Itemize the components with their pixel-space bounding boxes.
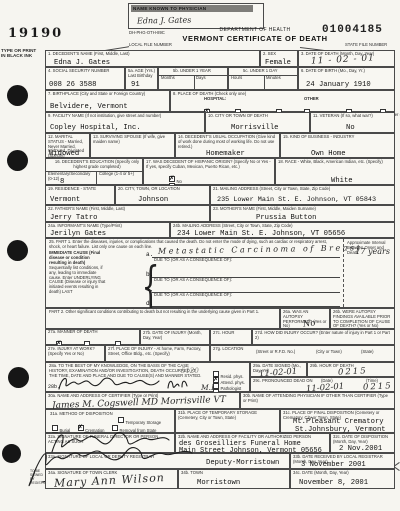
under-1-year-label: 5b. UNDER 1 YEAR (173, 69, 211, 74)
temporary-storage-place-label: 31b. PLACE OF TEMPORARY STORAGE (Cemeter… (178, 411, 276, 421)
hispanic-label: 17. WAS DECEDENT OF HISPANIC ORIGIN? (Sp… (146, 160, 272, 170)
name-known-value: Edna J. Gates (137, 16, 191, 26)
state-sublabel: (State) (361, 350, 374, 355)
field-place-of-death: 8. PLACE OF DEATH (Check only one) HOSPI… (170, 90, 395, 112)
field-surviving-spouse: 13. SURVIVING SPOUSE (If wife, give maid… (90, 133, 175, 158)
field-manner-of-death: 27a. MANNER OF DEATH Natural Accident Su… (45, 329, 140, 345)
certifier-signature (56, 375, 196, 393)
race-label: 18. RACE - White, Black, American Indian… (278, 160, 392, 165)
veteran-label: 11. VETERAN (If so, what war?) (313, 114, 373, 119)
field-decedent-name: 1. DECEDENT'S NAME (First, Middle, Last)… (45, 50, 260, 67)
hole-punch (7, 240, 28, 261)
industry-value: Own Home (311, 150, 346, 158)
field-mailing-address: 21. MAILING ADDRESS (Street, City or Tow… (210, 185, 395, 205)
field-city-of-death: 10. CITY OR TOWN OF DEATH Morrisville (205, 112, 310, 133)
hospital-heading: HOSPITAL: (204, 97, 226, 102)
field-industry: 15. KIND OF BUSINESS - INDUSTRY Own Home (280, 133, 395, 158)
field-education: 16. DECEDENT'S EDUCATION (Specify only h… (45, 158, 143, 185)
field-father-name: 22. FATHER'S NAME (First, Middle, Last) … (45, 205, 210, 222)
field-final-disposition: 31c. PLACE OF FINAL DISPOSITION (Cemeter… (280, 409, 395, 433)
city-of-death-label: 10. CITY OR TOWN OF DEATH (208, 114, 268, 119)
pronounced-dead-label: 29c. PRONOUNCED DEAD ON (253, 379, 313, 384)
field-town-clerk-signature: 34a. SIGNATURE OF TOWN CLERK Mary Ann Wi… (45, 469, 178, 489)
birthplace-label: 7. BIRTHPLACE (City and State or Foreign… (48, 92, 145, 97)
facility-value: Copley Hospital, Inc. (50, 124, 141, 132)
cause-interval-value: 17 years (355, 247, 390, 256)
ssn-label: 4. SOCIAL SECURITY NUMBER (48, 69, 109, 74)
cause-line-d (152, 292, 340, 307)
field-date-of-injury: 27b. DATE OF INJURY (Month, Day, Year) (140, 329, 210, 345)
residence-city-value: Johnson (138, 196, 168, 204)
age-label: 5a. AGE (Yrs.) Last Birthday (128, 69, 156, 79)
attending-physician-label: 30b. NAME OF ATTENDING PHYSICIAN IF OTHE… (243, 394, 391, 404)
mother-name-value: Prussia Button (256, 214, 316, 222)
field-injury-location: 27g. LOCATION (Street or R.F.D. No.) (Ci… (210, 345, 395, 362)
registrar-side-note: TO BE SIGNED BY REGISTRAR (30, 470, 44, 486)
race-value: White (331, 177, 353, 185)
field-attending-physician: 30b. NAME OF ATTENDING PHYSICIAN IF OTHE… (240, 392, 395, 409)
field-date-received: 33b. DATE RECEIVED BY LOCAL REGISTRAR (M… (290, 453, 395, 469)
autopsy-value: No (303, 318, 317, 329)
field-age: 5a. AGE (Yrs.) Last Birthday 91 (125, 67, 158, 90)
date-of-birth-value: 24 January 1910 (306, 81, 371, 89)
ssn-value: 008 26 3588 (49, 81, 96, 89)
marital-status-value: Widowed (49, 150, 79, 158)
state-file-number: 01004185 (322, 24, 383, 36)
cause-line-c (152, 278, 340, 293)
minutes-sublabel: Minutes (266, 76, 281, 81)
hole-punch (7, 85, 28, 106)
occupation-label: 14. DECEDENT'S USUAL OCCUPATION (Give ki… (178, 135, 278, 149)
informant-address-value: 234 Lower Main St. E. Johnson, VT 05656 (177, 230, 345, 238)
veteran-value: No (346, 124, 355, 132)
death-certificate-scan: NAME KNOWN TO PHYSICIAN Edna J. Gates DH… (0, 0, 400, 511)
field-residence-state: 19. RESIDENCE - STATE Vermont (45, 185, 115, 205)
other-heading: OTHER (304, 97, 319, 102)
occupation-value: Homemaker (206, 150, 245, 158)
field-hour-of-death: 29b. HOUR OF DEATH 0215 (307, 362, 395, 377)
hours-sublabel: Hours (231, 76, 242, 81)
hole-punch (7, 150, 28, 171)
registrar-date-value: November 8, 2001 (299, 479, 368, 487)
field-facility: 9. FACILITY NAME (If not institution, gi… (45, 112, 205, 133)
field-autopsy: 26a. WAS AN AUTOPSY PERFORMED? (Yes or N… (280, 308, 330, 329)
cause-line-b (152, 263, 340, 278)
date-of-disposition-label: 32c. DATE OF DISPOSITION (Month, Day, Ye… (333, 435, 391, 445)
field-place-of-injury: 27f. PLACE OF INJURY - At home, Farm, Fa… (105, 345, 210, 362)
industry-label: 15. KIND OF BUSINESS - INDUSTRY (283, 135, 354, 140)
months-sublabel: Months (161, 76, 175, 81)
state-file-number-label: STATE FILE NUMBER (345, 43, 387, 48)
field-how-injury: 27d. HOW DID INJURY OCCUR? (Enter nature… (252, 329, 395, 345)
field-race: 18. RACE - White, Black, American Indian… (275, 158, 395, 185)
field-hispanic-origin: 17. WAS DECEDENT OF HISPANIC ORIGIN? (Sp… (143, 158, 275, 185)
field-informant-name: 24a. INFORMANT'S NAME (Type/Print) Jeril… (45, 222, 170, 238)
mailing-address-value: 235 Lower Main St. E. Johnson, VT 05843 (217, 196, 376, 204)
sequential-label: Sequentially list conditions, if any, le… (49, 266, 107, 295)
date-of-death-value: 11 - 02 - 01 (311, 53, 375, 66)
city-sublabel: (City or Town) (316, 350, 342, 355)
field-autopsy-findings: 26b. WERE AUTOPSY FINDINGS AVAILABLE PRI… (330, 308, 395, 329)
pencil-note: 5120 (181, 367, 199, 375)
field-informant-address: 24b. MAILING ADDRESS (Street, City or To… (170, 222, 395, 238)
date-of-birth-label: 6. DATE OF BIRTH (Mo., Day, Yr.) (301, 69, 365, 74)
informant-name-label: 24a. INFORMANT'S NAME (Type/Print) (48, 224, 122, 229)
hole-punch (8, 367, 29, 388)
field-registrar-town: 34b. TOWN Morristown (178, 469, 290, 489)
deputy-title-value: Deputy-Morristown (206, 459, 279, 467)
days-sublabel: Days (196, 76, 206, 81)
name-known-box: NAME KNOWN TO PHYSICIAN Edna J. Gates (128, 3, 264, 29)
field-ssn: 4. SOCIAL SECURITY NUMBER 008 26 3588 (45, 67, 125, 90)
name-known-label: NAME KNOWN TO PHYSICIAN (131, 5, 253, 12)
date-of-disposition-value: 2 Nov.2001 (339, 445, 382, 453)
decedent-name-label: 1. DECEDENT'S NAME (First, Middle, Last) (48, 52, 130, 57)
field-occupation: 14. DECEDENT'S USUAL OCCUPATION (Give ki… (175, 133, 280, 158)
college-sublabel: College (1-4 or 5+) (99, 172, 141, 177)
residence-city-label: 20. CITY, TOWN, OR LOCATION (118, 187, 180, 192)
age-value: 91 (131, 81, 140, 89)
registrar-date-label: 34c. DATE (Month, Day, Year) (293, 471, 349, 476)
certification-block: 28a. TO THE BEST OF MY KNOWLEDGE, ON THE… (45, 362, 250, 392)
field-certifier-name: 30a. NAME AND ADDRESS OF CERTIFIER (Type… (45, 392, 240, 409)
department-title: DEPARTMENT OF HEALTH (200, 27, 310, 33)
informant-address-label: 24b. MAILING ADDRESS (Street, City or To… (173, 224, 293, 229)
field-birthplace: 7. BIRTHPLACE (City and State or Foreign… (45, 90, 170, 112)
field-date-of-disposition: 32c. DATE OF DISPOSITION (Month, Day, Ye… (330, 433, 395, 453)
sex-value: Female (265, 59, 291, 67)
father-name-label: 22. FATHER'S NAME (First, Middle, Last) (48, 207, 125, 212)
injury-location-label: 27g. LOCATION (213, 347, 243, 352)
type-print-note: TYPE OR PRINT IN BLACK INK (1, 48, 37, 59)
informant-name-value: Jerilyn Gates (50, 230, 106, 238)
street-sublabel: (Street or R.F.D. No.) (256, 350, 295, 355)
how-injury-label: 27d. HOW DID INJURY OCCUR? (Enter nature… (255, 331, 391, 341)
date-received-value: 3 November 2001 (301, 461, 366, 469)
method-of-disposition-label: 31a. METHOD OF DISPOSITION (50, 412, 113, 417)
father-name-value: Jerry Tatro (50, 214, 97, 222)
under-1-day-label: 5c. UNDER 1 DAY (243, 69, 278, 74)
mother-name-label: 23. MOTHER'S NAME (First, Middle, Maiden… (213, 207, 316, 212)
field-injury-hour: 27c. HOUR (210, 329, 252, 345)
field-veteran: 11. VETERAN (If so, what war?) No (310, 112, 395, 133)
field-date-of-death: 3. DATE OF DEATH (Month, Day, Year) 11 -… (298, 50, 395, 67)
hole-punch (2, 444, 21, 463)
autopsy-findings-label: 26b. WERE AUTOPSY FINDINGS AVAILABLE PRI… (333, 310, 393, 329)
local-file-number-label: LOCAL FILE NUMBER (129, 43, 172, 48)
residence-state-value: Vermont (50, 196, 80, 204)
field-sex: 2. SEX Female (260, 50, 298, 67)
final-disposition-line1: Mt.Pleasant Crematory (293, 418, 384, 426)
injury-hour-label: 27c. HOUR (213, 331, 234, 336)
local-file-number: 19190 (8, 26, 63, 41)
field-residence-city: 20. CITY, TOWN, OR LOCATION Johnson (115, 185, 210, 205)
part1-block: 25. PART 1. Enter the diseases, injuries… (45, 238, 395, 308)
decedent-name-value: Edna J. Gates (54, 59, 110, 67)
facility-label: 9. FACILITY NAME (If not institution, gi… (48, 114, 161, 119)
part2-label: PART 2. Other significant conditions con… (49, 310, 274, 315)
date-of-injury-label: 27b. DATE OF INJURY (Month, Day, Year) (143, 331, 209, 341)
place-of-injury-label: 27f. PLACE OF INJURY - At home, Farm, Fa… (108, 347, 208, 357)
elementary-sublabel: Elementary/Secondary (0-12) (48, 172, 94, 182)
field-marital-status: 12. MARITAL STATUS - Married, Never Marr… (45, 133, 90, 158)
field-under-1-day: 5c. UNDER 1 DAY Hours Minutes (228, 67, 298, 90)
field-temporary-storage: 31b. PLACE OF TEMPORARY STORAGE (Cemeter… (175, 409, 280, 433)
field-under-1-year: 5b. UNDER 1 YEAR Months Days (158, 67, 228, 90)
residence-state-label: 19. RESIDENCE - STATE (48, 187, 96, 192)
surviving-spouse-label: 13. SURVIVING SPOUSE (If wife, give maid… (93, 135, 173, 145)
field-injury-at-work: 27e. INJURY AT WORK? (Specify Yes or No) (45, 345, 105, 362)
city-of-death-value: Morrisville (231, 124, 278, 132)
part2-block: PART 2. Other significant conditions con… (45, 308, 280, 329)
birthplace-value: Belvidere, Vermont (50, 103, 128, 111)
injury-at-work-label: 27e. INJURY AT WORK? (Specify Yes or No) (48, 347, 103, 357)
immediate-cause-label: IMMEDIATE CAUSE (Final disease or condit… (49, 251, 107, 265)
registrar-town-label: 34b. TOWN (181, 471, 203, 476)
education-label: 16. DECEDENT'S EDUCATION (Specify only h… (54, 160, 140, 170)
field-registrar-date: 34c. DATE (Month, Day, Year) November 8,… (290, 469, 395, 489)
mailing-address-label: 21. MAILING ADDRESS (Street, City or Tow… (213, 187, 330, 192)
sex-label: 2. SEX (263, 52, 276, 57)
registrar-town-value: Morristown (197, 479, 240, 487)
field-mother-name: 23. MOTHER'S NAME (First, Middle, Maiden… (210, 205, 395, 222)
field-date-signed: 29a. DATE SIGNED (Mo., Day, Yr.) 11-02-0… (250, 362, 307, 377)
field-date-of-birth: 6. DATE OF BIRTH (Mo., Day, Yr.) 24 Janu… (298, 67, 395, 90)
field-pronounced-dead: 29c. PRONOUNCED DEAD ON (Date) (Time) 11… (250, 377, 395, 392)
